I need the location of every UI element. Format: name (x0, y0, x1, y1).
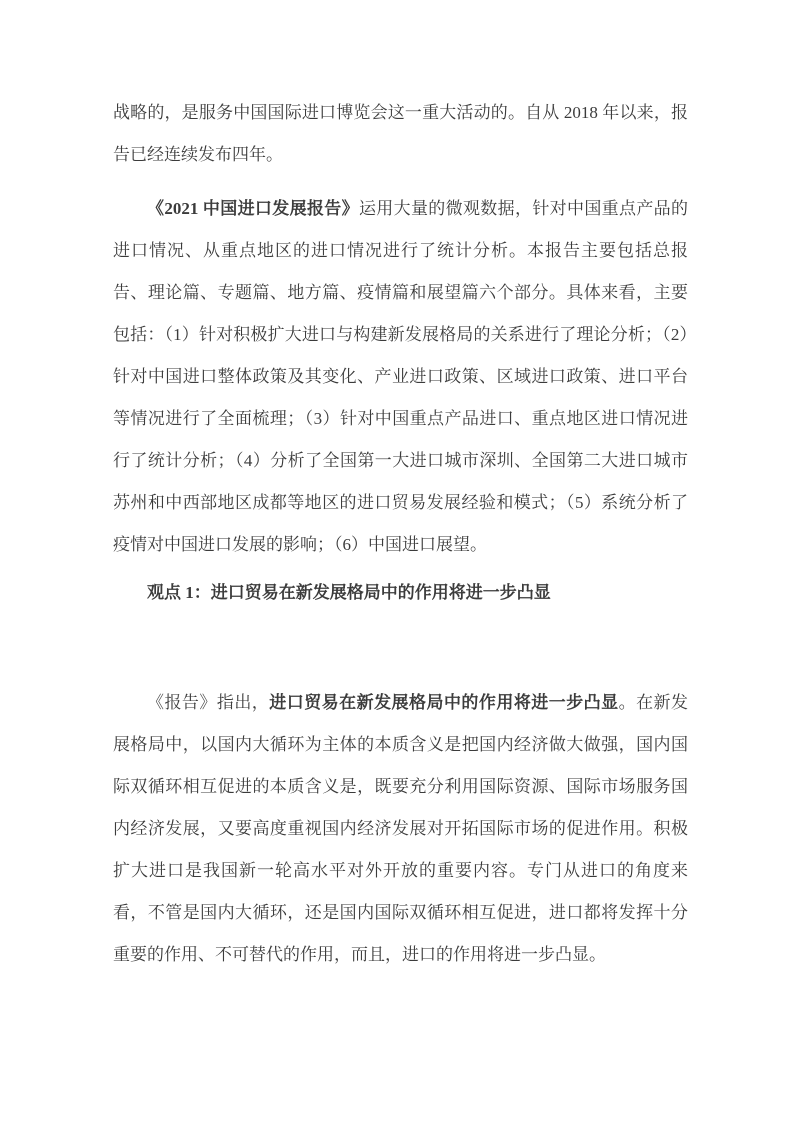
paragraph: 战略的，是服务中国国际进口博览会这一重大活动的。自从 2018 年以来，报告已经… (113, 92, 688, 176)
paragraph: 《报告》指出，进口贸易在新发展格局中的作用将进一步凸显。在新发展格局中，以国内大… (113, 682, 688, 976)
text-run: 战略的，是服务中国国际进口博览会这一重大活动的。自从 2018 年以来，报告已经… (113, 103, 688, 164)
bold-text-run: 进口贸易在新发展格局中的作用将进一步凸显 (269, 693, 618, 712)
bold-text-run: 观点 1：进口贸易在新发展格局中的作用将进一步凸显 (147, 583, 551, 602)
section-heading: 观点 1：进口贸易在新发展格局中的作用将进一步凸显 (113, 572, 688, 614)
paragraph: 《2021 中国进口发展报告》运用大量的微观数据，针对中国重点产品的进口情况、从… (113, 188, 688, 566)
bold-text-run: 《2021 中国进口发展报告》 (147, 199, 359, 218)
text-run: 运用大量的微观数据，针对中国重点产品的进口情况、从重点地区的进口情况进行了统计分… (113, 199, 688, 554)
document-page: 战略的，是服务中国国际进口博览会这一重大活动的。自从 2018 年以来，报告已经… (0, 0, 800, 1131)
document-content: 战略的，是服务中国国际进口博览会这一重大活动的。自从 2018 年以来，报告已经… (113, 92, 688, 976)
text-run: 。在新发展格局中，以国内大循环为主体的本质含义是把国内经济做大做强，国内国际双循… (113, 693, 688, 964)
text-run: 《报告》指出， (147, 693, 269, 712)
